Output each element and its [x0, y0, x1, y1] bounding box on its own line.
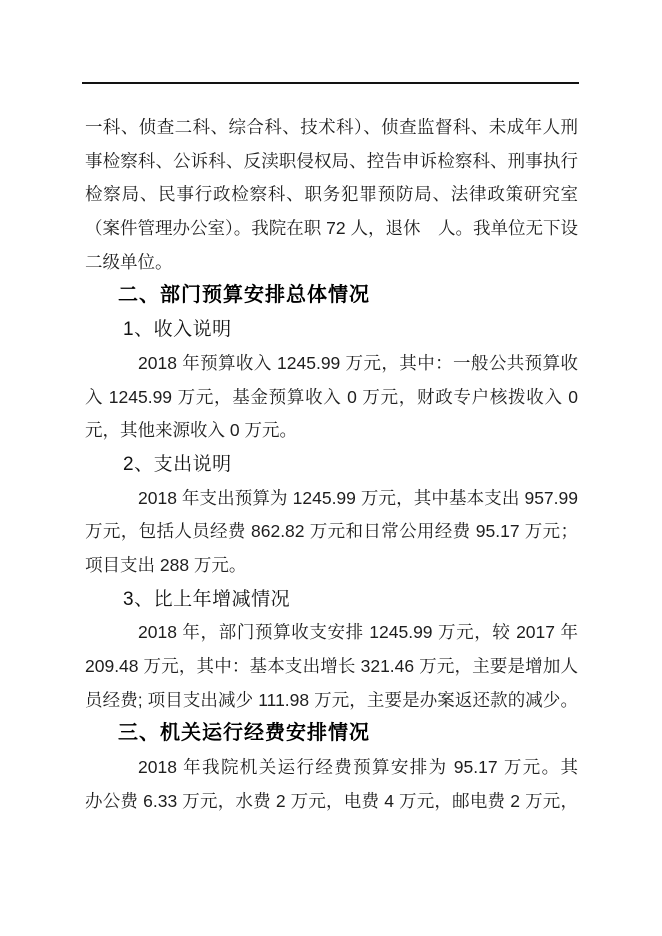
text-line: 项目支出 288 万元。: [85, 549, 578, 583]
text-line: 2018 年，部门预算收支安排 1245.99 万元，较 2017 年增长: [85, 616, 578, 650]
text-line: 万元，包括人员经费 862.82 万元和日常公用经费 95.17 万元；: [85, 515, 578, 549]
text-line: 2018 年支出预算为 1245.99 万元，其中基本支出 957.99: [85, 482, 578, 516]
text-line: 入 1245.99 万元，基金预算收入 0 万元，财政专户核拨收入 0 万: [85, 381, 578, 415]
document-page: 一科、侦查二科、综合科、技术科）、侦查监督科、未成年人刑 事检察科、公诉科、反渎…: [0, 0, 662, 936]
subheading-year-over-year-change: 3、比上年增减情况: [85, 583, 578, 617]
text-line: 元，其他来源收入 0 万元。: [85, 414, 578, 448]
text-line: 检察局、民事行政检察科、职务犯罪预防局、法律政策研究室: [85, 178, 578, 212]
text-line: 事检察科、公诉科、反渎职侵权局、控告申诉检察科、刑事执行: [85, 145, 578, 179]
text-line: 二级单位。: [85, 246, 578, 280]
paragraph-departments: 一科、侦查二科、综合科、技术科）、侦查监督科、未成年人刑 事检察科、公诉科、反渎…: [85, 111, 578, 279]
text-line: （案件管理办公室）。我院在职 72 人，退休 人。我单位无下设: [85, 212, 578, 246]
page-header-rule: [82, 82, 579, 84]
section-heading-budget-overview: 二、部门预算安排总体情况: [85, 279, 578, 313]
text-line: 2018 年预算收入 1245.99 万元，其中：一般公共预算收: [85, 347, 578, 381]
text-line: 一科、侦查二科、综合科、技术科）、侦查监督科、未成年人刑: [85, 111, 578, 145]
subheading-income-note: 1、收入说明: [85, 313, 578, 347]
paragraph-change: 2018 年，部门预算收支安排 1245.99 万元，较 2017 年增长 20…: [85, 616, 578, 717]
section-heading-operating-expenses: 三、机关运行经费安排情况: [85, 717, 578, 751]
text-line: 2018 年我院机关运行经费预算安排为 95.17 万元。其中：: [85, 751, 578, 785]
paragraph-income: 2018 年预算收入 1245.99 万元，其中：一般公共预算收 入 1245.…: [85, 347, 578, 448]
paragraph-operating-expenses: 2018 年我院机关运行经费预算安排为 95.17 万元。其中： 办公费 6.3…: [85, 751, 578, 818]
subheading-expenditure-note: 2、支出说明: [85, 448, 578, 482]
text-line: 员经费; 项目支出减少 111.98 万元，主要是办案返还款的减少。: [85, 684, 578, 718]
text-line: 209.48 万元，其中：基本支出增长 321.46 万元，主要是增加人: [85, 650, 578, 684]
document-body: 一科、侦查二科、综合科、技术科）、侦查监督科、未成年人刑 事检察科、公诉科、反渎…: [85, 111, 578, 818]
paragraph-expenditure: 2018 年支出预算为 1245.99 万元，其中基本支出 957.99 万元，…: [85, 482, 578, 583]
text-line: 办公费 6.33 万元，水费 2 万元，电费 4 万元，邮电费 2 万元，: [85, 785, 578, 819]
